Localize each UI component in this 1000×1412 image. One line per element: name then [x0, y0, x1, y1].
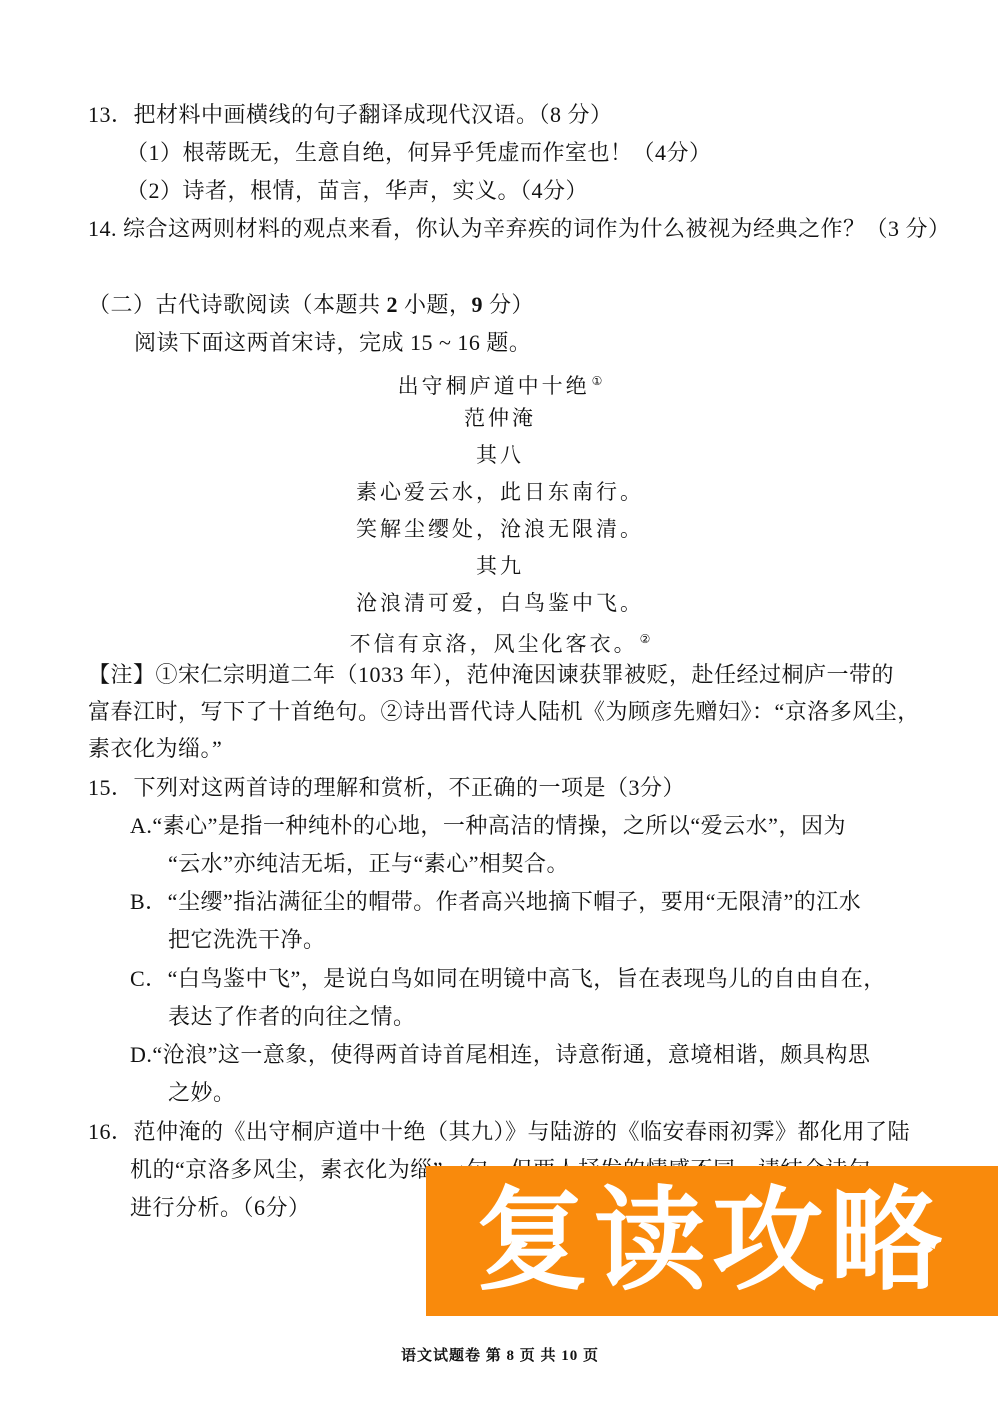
- q15-stem: 15．下列对这两首诗的理解和赏析，不正确的一项是（3分）: [88, 773, 685, 803]
- q15-option-c-line1: C．“白鸟鉴中飞”，是说白鸟如同在明镜中高飞，旨在表现鸟儿的自由自在，: [130, 964, 886, 994]
- poem-part9-line2: 不信有京洛，风尘化客衣。②: [0, 624, 1000, 659]
- poem-part9-title: 其九: [0, 551, 1000, 581]
- poem-author: 范仲淹: [0, 403, 1000, 433]
- notes-line2: 富春江时，写下了十首绝句。②诗出晋代诗人陆机《为顾彦先赠妇》：“京洛多风尘，: [88, 697, 920, 727]
- poem-part8-line2: 笑解尘缨处，沧浪无限清。: [0, 514, 1000, 544]
- q13-stem: 13．把材料中画横线的句子翻译成现代汉语。（8 分）: [88, 100, 613, 130]
- q16-line1: 16．范仲淹的《出守桐庐道中十绝（其九）》与陆游的《临安春雨初霁》都化用了陆: [88, 1117, 910, 1147]
- poem-part8-line1: 素心爱云水，此日东南行。: [0, 477, 1000, 507]
- poem-part9-line1: 沧浪清可爱，白鸟鉴中飞。: [0, 588, 1000, 618]
- q15-option-c-line2: 表达了作者的向往之情。: [168, 1002, 416, 1032]
- heading-suffix: 分）: [483, 292, 534, 317]
- heading-prefix: （二）古代诗歌阅读（本题共: [88, 292, 387, 317]
- heading-score: 9: [472, 292, 484, 317]
- poem-part8-title: 其八: [0, 440, 1000, 470]
- q14-stem: 14. 综合这两则材料的观点来看，你认为辛弃疾的词作为什么被视为经典之作？（3 …: [88, 214, 951, 244]
- notes-line3: 素衣化为缁。”: [88, 734, 222, 764]
- heading-count: 2: [387, 292, 399, 317]
- q15-option-d-line2: 之妙。: [168, 1078, 236, 1108]
- poem-part9-note: ②: [640, 632, 651, 646]
- q15-option-d-line1: D.“沧浪”这一意象，使得两首诗首尾相连，诗意衔通，意境相谐，颇具构思: [130, 1040, 870, 1070]
- q16-line3: 进行分析。（6分）: [130, 1193, 311, 1223]
- q13-sub2: （2）诗者，根情，苗言，华声，实义。（4分）: [126, 176, 588, 206]
- poem-title: 出守桐庐道中十绝①: [0, 366, 1000, 401]
- q15-option-a-line2: “云水”亦纯洁无垢，正与“素心”相契合。: [168, 849, 569, 879]
- q15-option-b-line2: 把它洗洗干净。: [168, 925, 326, 955]
- poem-part9-line2-text: 不信有京洛，风尘化客衣。: [350, 632, 638, 656]
- section2-heading: （二）古代诗歌阅读（本题共 2 小题，9 分）: [88, 290, 534, 320]
- poem-title-text: 出守桐庐道中十绝: [398, 374, 590, 398]
- heading-mid: 小题，: [398, 292, 472, 317]
- q15-option-a-line1: A.“素心”是指一种纯朴的心地，一种高洁的情操，之所以“爱云水”，因为: [130, 811, 846, 841]
- section2-instruction: 阅读下面这两首宋诗，完成 15 ~ 16 题。: [134, 328, 531, 358]
- q13-sub1: （1）根蒂既无，生意自绝，何异乎凭虚而作室也！（4分）: [126, 138, 712, 168]
- watermark-text: 复读攻略: [476, 1185, 948, 1297]
- q15-option-b-line1: B．“尘缨”指沾满征尘的帽带。作者高兴地摘下帽子，要用“无限清”的江水: [130, 887, 861, 917]
- watermark-banner: 复读攻略: [426, 1166, 998, 1316]
- notes-line1: 【注】①宋仁宗明道二年（1033 年），范仲淹因谏获罪被贬，赴任经过桐庐一带的: [88, 660, 894, 690]
- page-footer: 语文试题卷 第 8 页 共 10 页: [0, 1344, 1000, 1365]
- poem-title-note: ①: [592, 374, 603, 388]
